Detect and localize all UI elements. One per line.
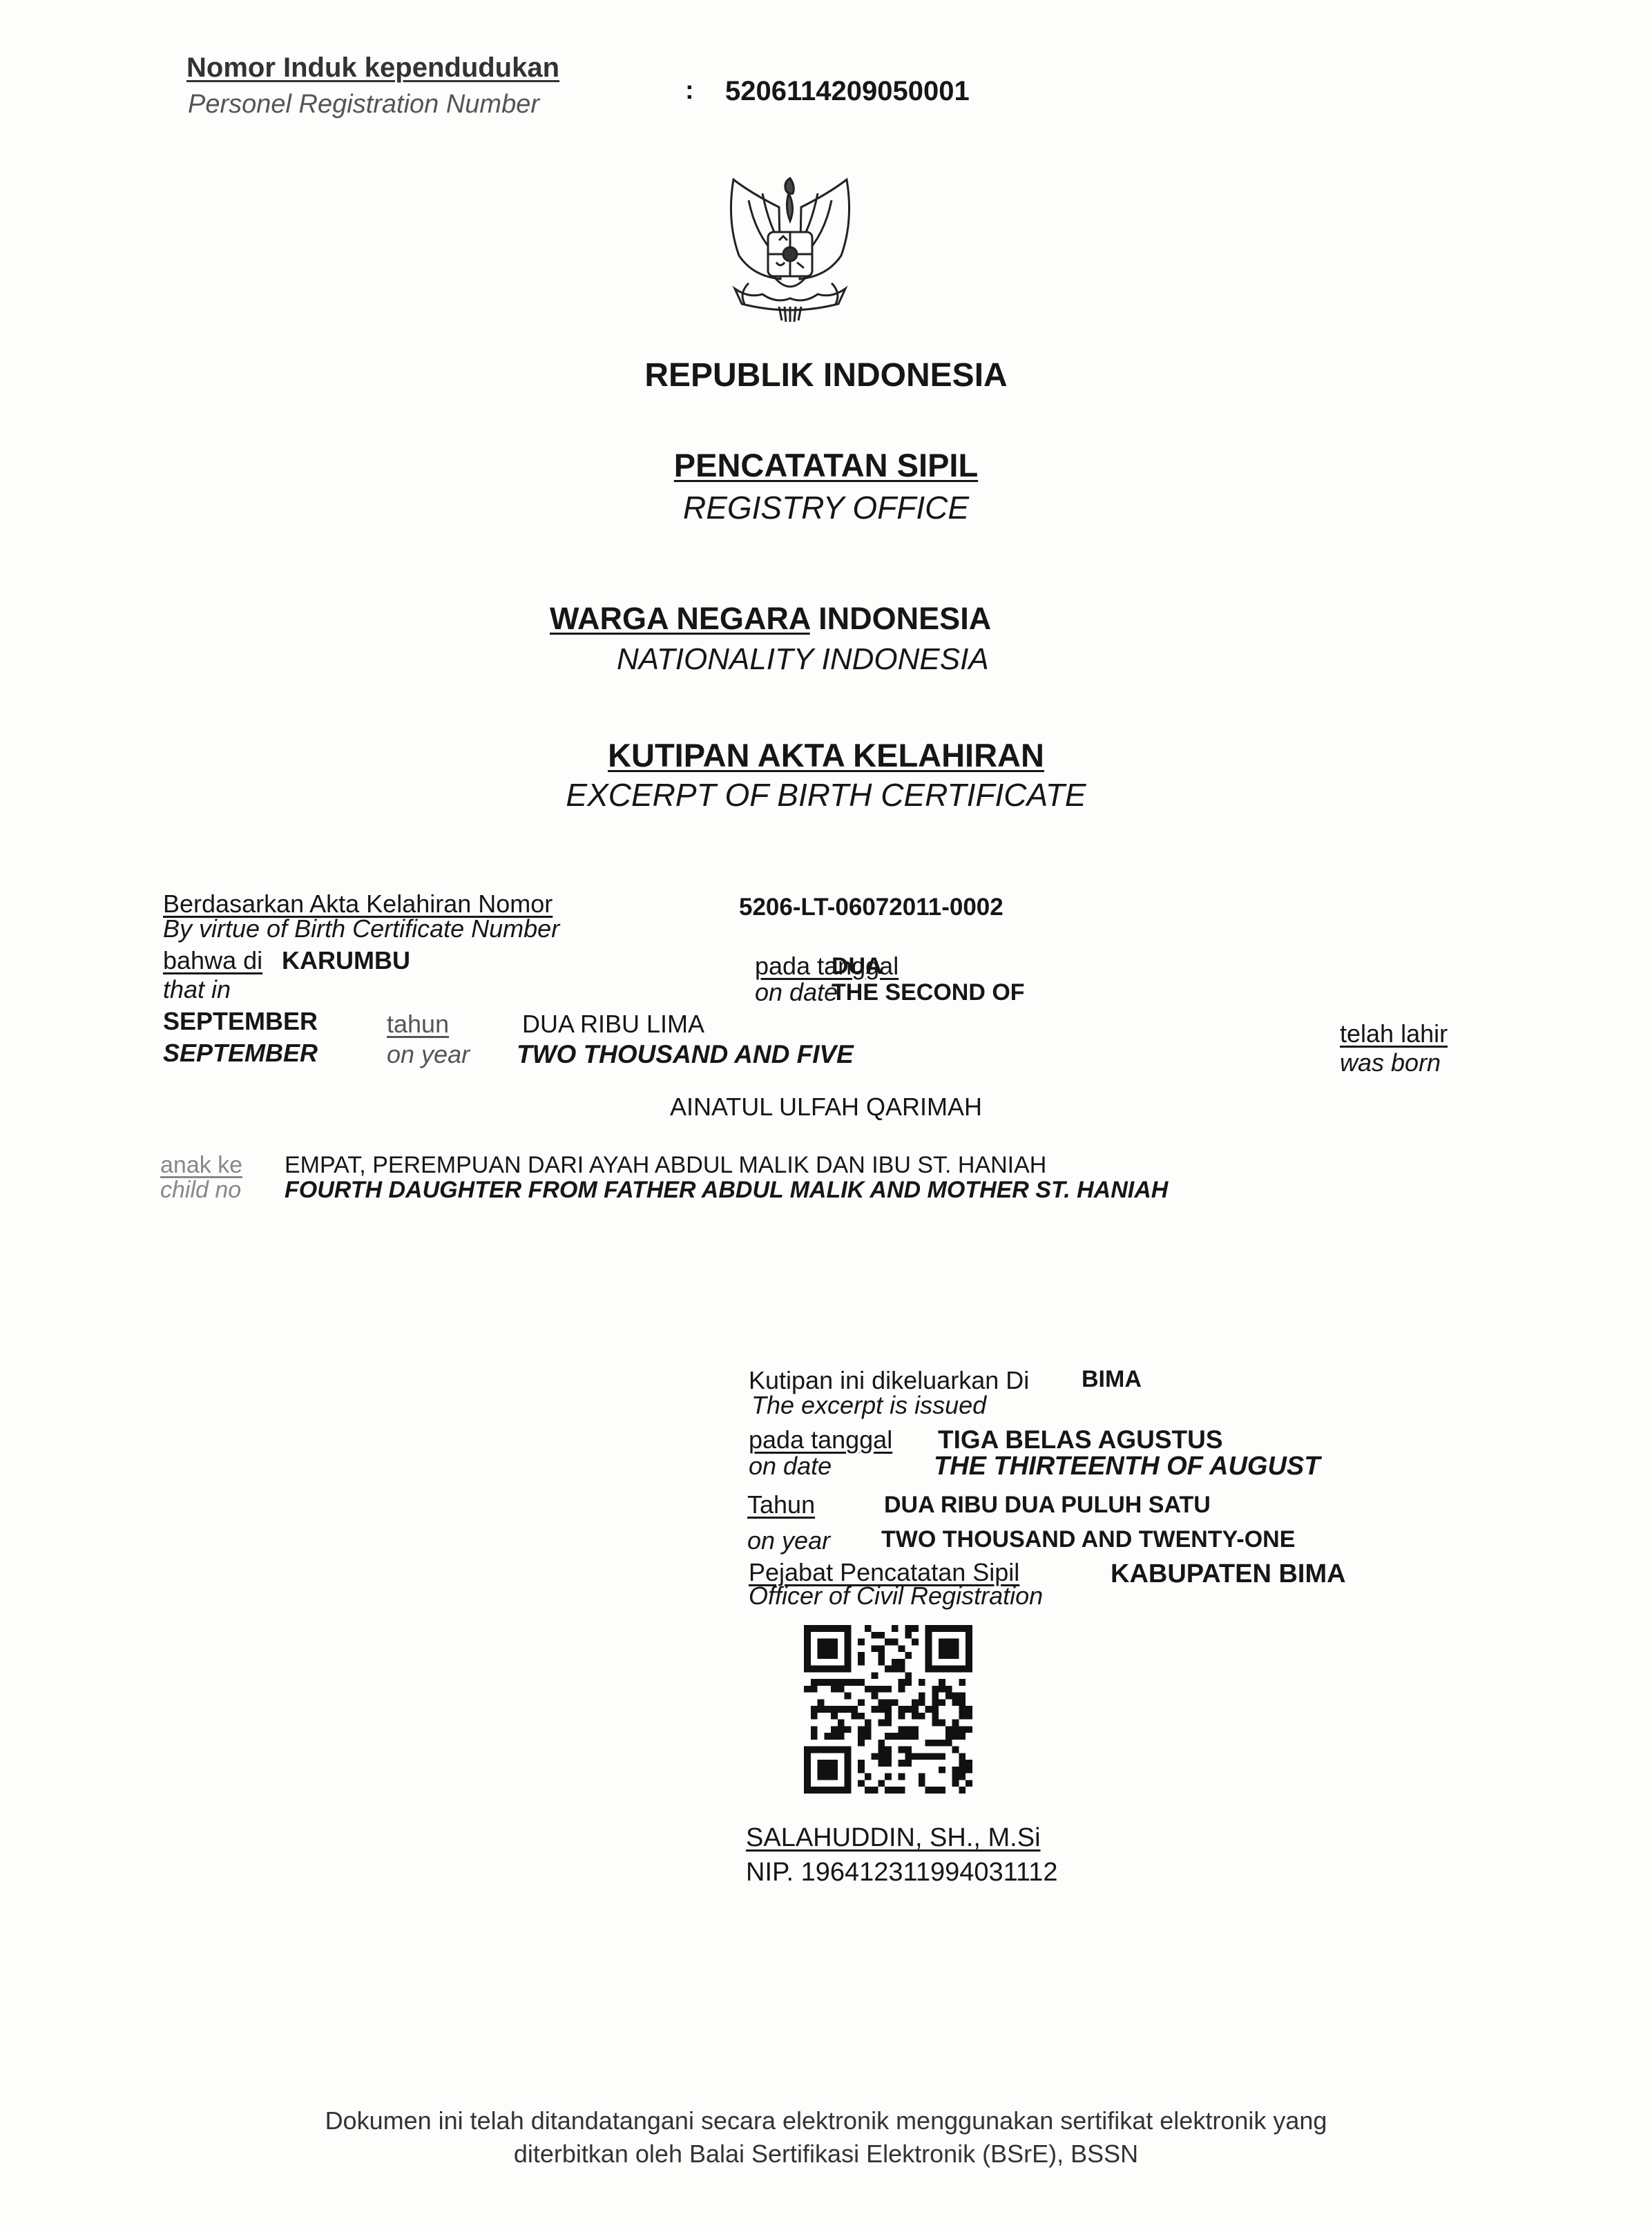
birth-month-value: SEPTEMBER	[163, 1007, 318, 1036]
issue-year-value: DUA RIBU DUA PULUH SATU	[884, 1492, 1211, 1519]
nik-separator: :	[685, 76, 694, 106]
birth-day-value-en: THE SECOND OF	[832, 979, 1025, 1006]
child-no-label: anak ke	[160, 1152, 242, 1179]
issue-year-label-en: on year	[747, 1526, 830, 1555]
child-no-value: EMPAT, PEREMPUAN DARI AYAH ABDUL MALIK D…	[285, 1152, 1046, 1179]
birth-day-value: DUA	[832, 953, 883, 980]
birth-year-value-en: TWO THOUSAND AND FIVE	[517, 1040, 854, 1069]
office-title-en: REGISTRY OFFICE	[0, 489, 1652, 526]
place-label-en: that in	[163, 975, 231, 1004]
birth-year-label-en: on year	[387, 1040, 470, 1069]
place-label: bahwa di	[163, 946, 262, 975]
country-title: REPUBLIK INDONESIA	[0, 356, 1652, 394]
cert-number-value: 5206-LT-06072011-0002	[739, 894, 1003, 921]
issue-year-value-en: TWO THOUSAND AND TWENTY-ONE	[881, 1526, 1295, 1553]
nationality-label: WARGA NEGARA	[550, 601, 810, 636]
document-title: KUTIPAN AKTA KELAHIRAN	[0, 736, 1652, 774]
nationality-value: INDONESIA	[818, 601, 991, 636]
issue-date-value: TIGA BELAS AGUSTUS	[938, 1425, 1223, 1454]
place-value: KARUMBU	[282, 946, 410, 975]
e-signature-notice-line1: Dokumen ini telah ditandatangani secara …	[0, 2106, 1652, 2135]
issued-place: BIMA	[1082, 1366, 1142, 1393]
qr-code-signature-icon[interactable]	[804, 1625, 972, 1794]
nationality-line: WARGA NEGARA INDONESIA	[550, 601, 991, 637]
signatory-nip: NIP. 196412311994031112	[746, 1858, 1058, 1887]
nik-value: 5206114209050001	[725, 76, 970, 107]
birth-month-value-en: SEPTEMBER	[163, 1039, 318, 1068]
born-label-en: was born	[1340, 1048, 1441, 1077]
child-name: AINATUL ULFAH QARIMAH	[315, 1093, 1337, 1122]
e-signature-notice-line2: diterbitkan oleh Balai Sertifikasi Elekt…	[0, 2140, 1652, 2169]
office-title: PENCATATAN SIPIL	[0, 446, 1652, 484]
cert-number-label-en: By virtue of Birth Certificate Number	[163, 914, 559, 943]
born-label: telah lahir	[1340, 1019, 1448, 1048]
child-no-label-en: child no	[160, 1177, 241, 1204]
birth-year-label: tahun	[387, 1010, 449, 1039]
nik-label: Nomor Induk kependudukan	[186, 52, 559, 84]
birth-date-label-en: on date	[755, 978, 838, 1007]
issue-date-value-en: THE THIRTEENTH OF AUGUST	[934, 1452, 1320, 1481]
birth-year-value: DUA RIBU LIMA	[522, 1010, 704, 1039]
document-title-en: EXCERPT OF BIRTH CERTIFICATE	[0, 776, 1652, 814]
nik-label-en: Personel Registration Number	[188, 90, 539, 119]
signatory-name: SALAHUDDIN, SH., M.Si	[746, 1823, 1041, 1853]
issued-label-en: The excerpt is issued	[751, 1391, 986, 1420]
garuda-pancasila-emblem-icon	[707, 166, 873, 331]
nationality-en: NATIONALITY INDONESIA	[617, 642, 989, 677]
issue-year-label: Tahun	[747, 1490, 815, 1519]
issue-date-label: pada tanggal	[749, 1425, 892, 1454]
officer-region: KABUPATEN BIMA	[1111, 1559, 1346, 1589]
issue-date-label-en: on date	[749, 1452, 832, 1481]
child-no-value-en: FOURTH DAUGHTER FROM FATHER ABDUL MALIK …	[285, 1177, 1168, 1204]
officer-label-en: Officer of Civil Registration	[749, 1582, 1043, 1611]
